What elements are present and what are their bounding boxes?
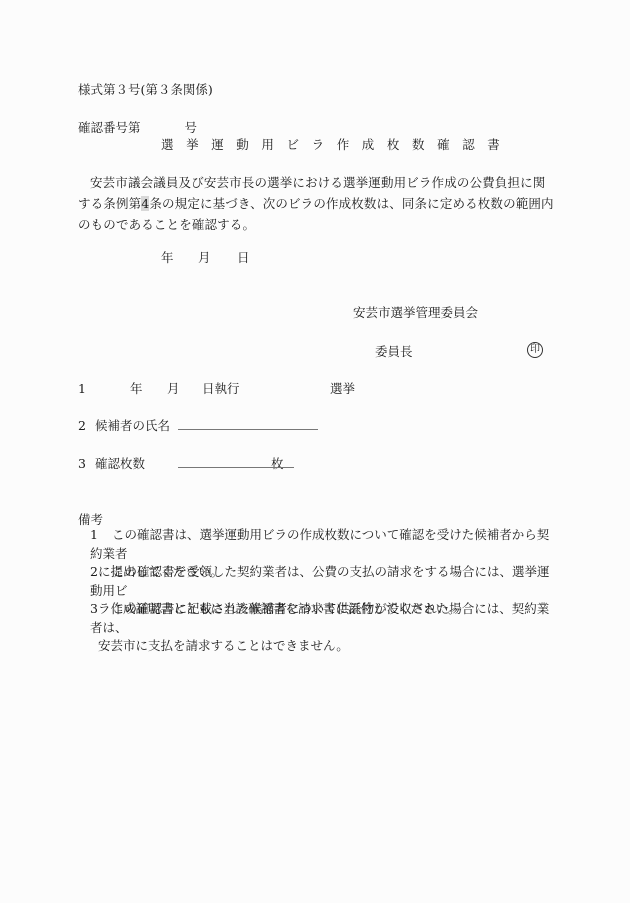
- item-election: 選挙: [330, 381, 355, 396]
- seal-mark-icon: 印: [527, 342, 543, 358]
- remark-number: 2: [90, 563, 112, 582]
- item-confirmed-count: 3確認枚数: [78, 454, 145, 472]
- item-label: 候補者の氏名: [95, 418, 170, 433]
- issue-date: 年月日: [161, 248, 250, 266]
- date-year: 年: [161, 248, 198, 266]
- item-year: 年: [130, 379, 167, 397]
- item-candidate-name: 2候補者の氏名: [78, 416, 170, 434]
- form-number-label: 様式第３号(第３条関係): [78, 80, 213, 98]
- confirmation-number-prefix: 確認番号第: [78, 120, 141, 135]
- issuer-chair: 委員長: [375, 342, 413, 360]
- item-number: 1: [78, 381, 130, 396]
- confirmed-count-underline: [178, 467, 294, 468]
- remark-line2: 安芸市に支払を請求することはできません。: [90, 637, 556, 656]
- body-text-part2: 条の規定に基づき、次のビラの作成枚数は、同条に定める枚数の範囲内のものであること…: [78, 196, 554, 232]
- item-number: 3: [78, 456, 95, 471]
- remark-number: 1: [90, 526, 112, 545]
- date-month: 月: [198, 248, 237, 266]
- remark-line1: この確認書を受領した契約業者は、公費の支払の請求をする場合には、選挙運動用ビ: [90, 564, 550, 598]
- confirmation-number-suffix: 号: [185, 120, 198, 135]
- remark-line1: この確認書に記載された候補者について供託物が没収された場合には、契約業者は、: [90, 601, 549, 635]
- item-label: 確認枚数: [95, 456, 145, 471]
- date-day: 日: [237, 248, 250, 266]
- confirmation-number: 確認番号第号: [78, 118, 197, 136]
- item-election-date: 1年月日執行選挙: [78, 379, 355, 397]
- item-month: 月: [167, 379, 202, 397]
- remark-item: 3この確認書に記載された候補者について供託物が没収された場合には、契約業者は、 …: [90, 600, 556, 656]
- count-unit: 枚: [271, 454, 284, 472]
- remark-number: 3: [90, 600, 112, 619]
- issuer-committee: 安芸市選挙管理委員会: [353, 303, 478, 321]
- document-title: 選挙運動用ビラ作成枚数確認書: [161, 135, 512, 153]
- remark-line1: この確認書は、選挙運動用ビラの作成枚数について確認を受けた候補者から契約業者: [90, 527, 549, 561]
- item-day-exec: 日執行: [202, 379, 330, 397]
- body-paragraph: 安芸市議会議員及び安芸市長の選挙における選挙運動用ビラ作成の公費負担に関する条例…: [78, 172, 554, 235]
- candidate-name-underline: [178, 429, 318, 430]
- item-number: 2: [78, 418, 95, 433]
